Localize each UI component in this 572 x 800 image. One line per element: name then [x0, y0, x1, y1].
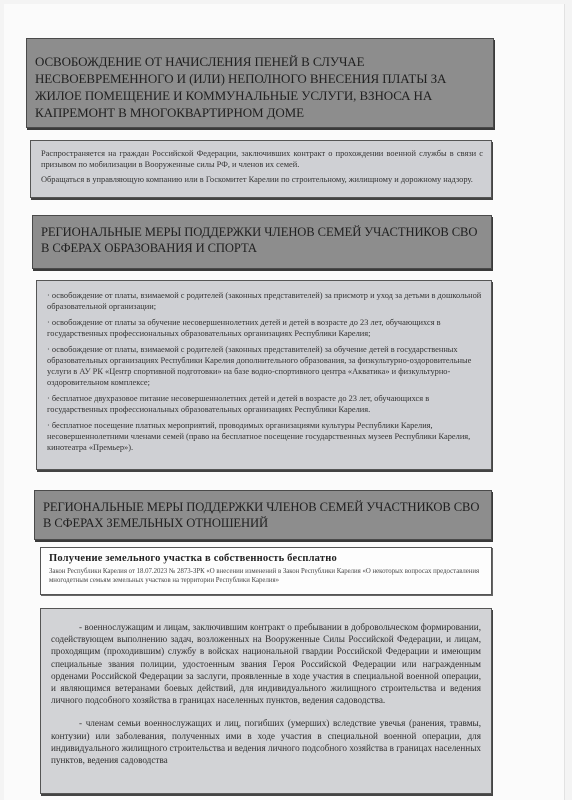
eligibility-paragraph-family: - членам семьи военнослужащих и лиц, пог… — [51, 717, 481, 766]
list-item: · освобождение от платы, взимаемой с род… — [47, 344, 483, 388]
eligibility-paragraph-servicemen: - военнослужащим и лицам, заключившим ко… — [51, 621, 481, 706]
section-header-penalty-exemption: Освобождение от начисления пеней в случа… — [26, 38, 494, 128]
list-item: · бесплатное посещение платных мероприят… — [47, 420, 483, 453]
list-item: · бесплатное двухразовое питание несовер… — [47, 393, 483, 415]
list-item: · освобождение от платы за обучение несо… — [47, 317, 483, 339]
land-plot-eligibility-text: - военнослужащим и лицам, заключившим ко… — [40, 608, 492, 794]
land-plot-title-box: Получение земельного участка в собственн… — [40, 547, 492, 595]
list-item: · освобождение от платы, взимаемой с род… — [47, 290, 483, 312]
section-header-land-relations: Региональные меры поддержки членов семей… — [34, 490, 492, 540]
document-page: Освобождение от начисления пеней в случа… — [4, 4, 565, 800]
penalty-exemption-info: Распространяется на граждан Российской Ф… — [30, 140, 492, 198]
info-paragraph-contact: Обращаться в управляющую компанию или в … — [41, 174, 483, 185]
section-header-education-sport: Региональные меры поддержки членов семей… — [32, 215, 492, 269]
land-plot-subtitle: Получение земельного участка в собственн… — [49, 552, 483, 565]
education-sport-measures-list: · освобождение от платы, взимаемой с род… — [36, 280, 492, 470]
info-paragraph-eligibility: Распространяется на граждан Российской Ф… — [41, 148, 483, 170]
land-law-reference: Закон Республики Карелия от 18.07.2023 №… — [49, 567, 483, 585]
